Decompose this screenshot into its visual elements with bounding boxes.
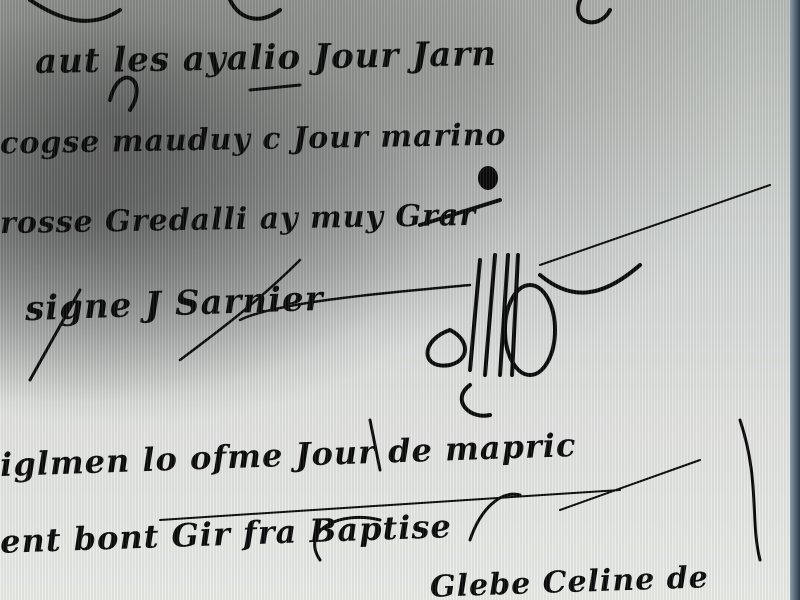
handwritten-line-3: rosse Gredalli ay muy Grar xyxy=(0,198,476,241)
handwritten-line-4: signe J Sarnier xyxy=(24,279,324,329)
monitor-bezel-edge xyxy=(790,0,800,600)
handwritten-line-2: cogse mauduy c Jour marino xyxy=(0,118,507,162)
document-page: aut les ayalio Jour Jarn cogse mauduy c … xyxy=(0,0,800,600)
handwritten-line-6: ent bont Gir fra Baptise xyxy=(0,507,452,561)
handwritten-line-1: aut les ayalio Jour Jarn xyxy=(35,34,498,82)
handwritten-line-7: Glebe Celine de xyxy=(429,560,709,600)
handwritten-line-5: iglmen lo ofme Jour de mapric xyxy=(0,426,577,484)
